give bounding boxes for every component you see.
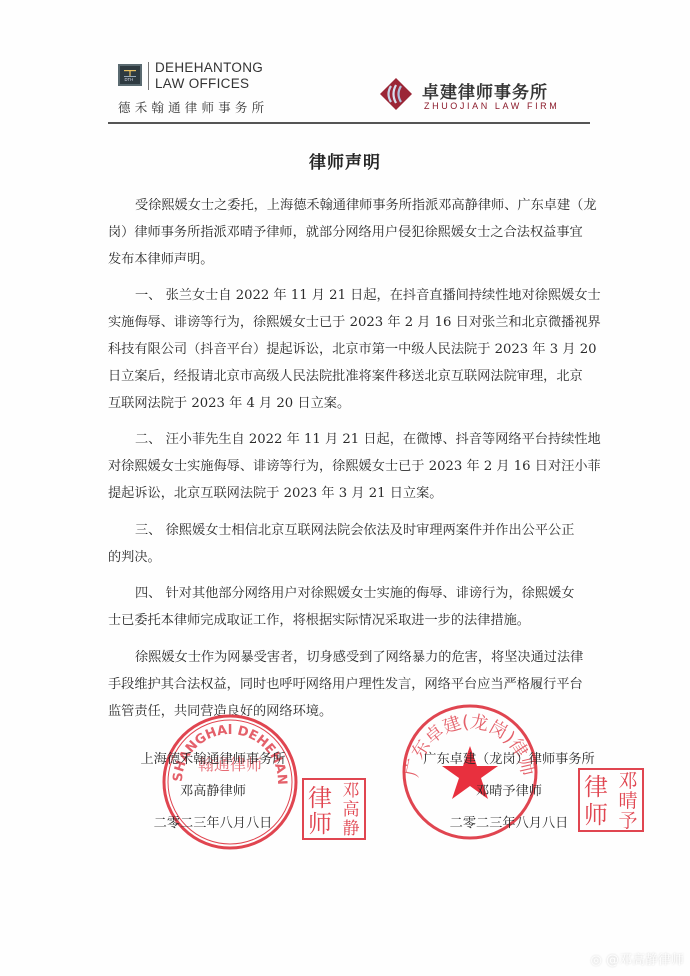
weibo-watermark: ◎ @邓高静律师 xyxy=(591,949,685,968)
paragraph-line: 提起诉讼，北京互联网法院于 2023 年 3 月 21 日立案。 xyxy=(108,481,590,508)
paragraph-line: 士已委托本律师完成取证工作，将根据实际情况采取进一步的法律措施。 xyxy=(108,608,590,635)
paragraph-line: 三、 徐熙媛女士相信北京互联网法院会依法及时审理两案件并作出公平公正 xyxy=(108,518,590,545)
watermark-text: @邓高静律师 xyxy=(606,953,684,968)
paragraph-line: 实施侮辱、诽谤等行为，徐熙媛女士已于 2023 年 2 月 16 日对张兰和北京… xyxy=(108,310,590,337)
signature-block-left: 上海德禾翰通律师事务所 邓高静律师 二零二三年八月八日 xyxy=(132,744,294,840)
document-body: 受徐熙媛女士之委托，上海德禾翰通律师事务所指派邓高静律师、广东卓建（龙 岗）律师… xyxy=(108,193,590,735)
seal-char: 邓 xyxy=(617,771,639,791)
dehehantong-logo-icon: DTH xyxy=(118,64,142,86)
seal-char: 晴 xyxy=(617,791,639,811)
logo-divider xyxy=(148,62,149,90)
seal-char: 师 xyxy=(308,811,332,837)
paragraph-line: 科技有限公司（抖音平台）提起诉讼，北京市第一中级人民法院于 2023 年 3 月… xyxy=(108,337,590,364)
paragraph-item-2: 二、 汪小菲先生自 2022 年 11 月 21 日起，在微博、抖音等网络平台持… xyxy=(108,427,590,507)
paragraph-line: 四、 针对其他部分网络用户对徐熙媛女士实施的侮辱、诽谤行为，徐熙媛女 xyxy=(108,581,590,608)
seal-char: 律 xyxy=(308,785,332,811)
paragraph-item-3: 三、 徐熙媛女士相信北京互联网法院会依法及时审理两案件并作出公平公正 的判决。 xyxy=(108,518,590,572)
lawyer-seal-deng-gaojing: 邓 高 静 律 师 xyxy=(302,778,366,840)
paragraph-line: 日立案后，经报请北京市高级人民法院批准将案件移送北京互联网法院审理，北京 xyxy=(108,364,590,391)
paragraph-closing: 徐熙媛女士作为网暴受害者，切身感受到了网络暴力的危害，将坚决通过法律 手段维护其… xyxy=(108,645,590,725)
zhuojian-logo: 卓建律师事务所 ZHUOJIAN LAW FIRM xyxy=(378,76,608,122)
paragraph-line: 的判决。 xyxy=(108,545,590,572)
dehehantong-name-en-2: LAW OFFICES xyxy=(155,76,249,91)
weibo-icon: ◎ xyxy=(591,953,602,968)
paragraph-line: 二、 汪小菲先生自 2022 年 11 月 21 日起，在微博、抖音等网络平台持… xyxy=(108,427,590,454)
signature-lawyer: 邓高静律师 xyxy=(132,776,294,808)
seal-char: 邓 xyxy=(342,782,360,801)
dehehantong-logo: DTH DEHEHANTONG LAW OFFICES 德禾翰通律师事务所 xyxy=(118,62,348,122)
svg-text:DTH: DTH xyxy=(125,77,134,82)
paragraph-item-4: 四、 针对其他部分网络用户对徐熙媛女士实施的侮辱、诽谤行为，徐熙媛女 士已委托本… xyxy=(108,581,590,635)
dehehantong-name-cn: 德禾翰通律师事务所 xyxy=(118,98,268,116)
document-page: DTH DEHEHANTONG LAW OFFICES 德禾翰通律师事务所 卓建… xyxy=(0,0,690,976)
seal-char: 高 xyxy=(342,801,360,820)
document-title: 律师声明 xyxy=(0,148,690,173)
signature-date: 二零二三年八月八日 xyxy=(132,808,294,840)
seal-char: 静 xyxy=(342,820,360,839)
seal-char: 予 xyxy=(617,811,639,831)
paragraph-line: 岗）律师事务所指派邓晴予律师，就部分网络用户侵犯徐熙媛女士之合法权益事宜 xyxy=(108,220,590,247)
signature-date: 二零二三年八月八日 xyxy=(404,808,614,840)
dehehantong-name-en-1: DEHEHANTONG xyxy=(155,60,263,75)
paragraph-line: 对徐熙媛女士实施侮辱、诽谤等行为，徐熙媛女士已于 2023 年 2 月 16 日… xyxy=(108,454,590,481)
header-rule xyxy=(108,122,590,124)
paragraph-line: 发布本律师声明。 xyxy=(108,247,590,274)
paragraph-line: 受徐熙媛女士之委托，上海德禾翰通律师事务所指派邓高静律师、广东卓建（龙 xyxy=(108,193,590,220)
signature-firm: 上海德禾翰通律师事务所 xyxy=(132,744,294,776)
signature-firm: 广东卓建（龙岗）律师事务所 xyxy=(404,744,614,776)
zhuojian-name-en: ZHUOJIAN LAW FIRM xyxy=(424,101,559,111)
signature-lawyer: 邓晴予律师 xyxy=(404,776,614,808)
zhuojian-name-cn: 卓建律师事务所 xyxy=(422,78,548,103)
paragraph-line: 互联网法院于 2023 年 4 月 20 日立案。 xyxy=(108,391,590,418)
paragraph-intro: 受徐熙媛女士之委托，上海德禾翰通律师事务所指派邓高静律师、广东卓建（龙 岗）律师… xyxy=(108,193,590,273)
zhuojian-logo-icon xyxy=(378,76,414,112)
signature-block-right: 广东卓建（龙岗）律师事务所 邓晴予律师 二零二三年八月八日 xyxy=(404,744,614,840)
paragraph-line: 徐熙媛女士作为网暴受害者，切身感受到了网络暴力的危害，将坚决通过法律 xyxy=(108,645,590,672)
paragraph-item-1: 一、 张兰女士自 2022 年 11 月 21 日起，在抖音直播间持续性地对徐熙… xyxy=(108,283,590,417)
paragraph-line: 手段维护其合法权益，同时也呼吁网络用户理性发言，网络平台应当严格履行平台 xyxy=(108,672,590,699)
paragraph-line: 一、 张兰女士自 2022 年 11 月 21 日起，在抖音直播间持续性地对徐熙… xyxy=(108,283,590,310)
